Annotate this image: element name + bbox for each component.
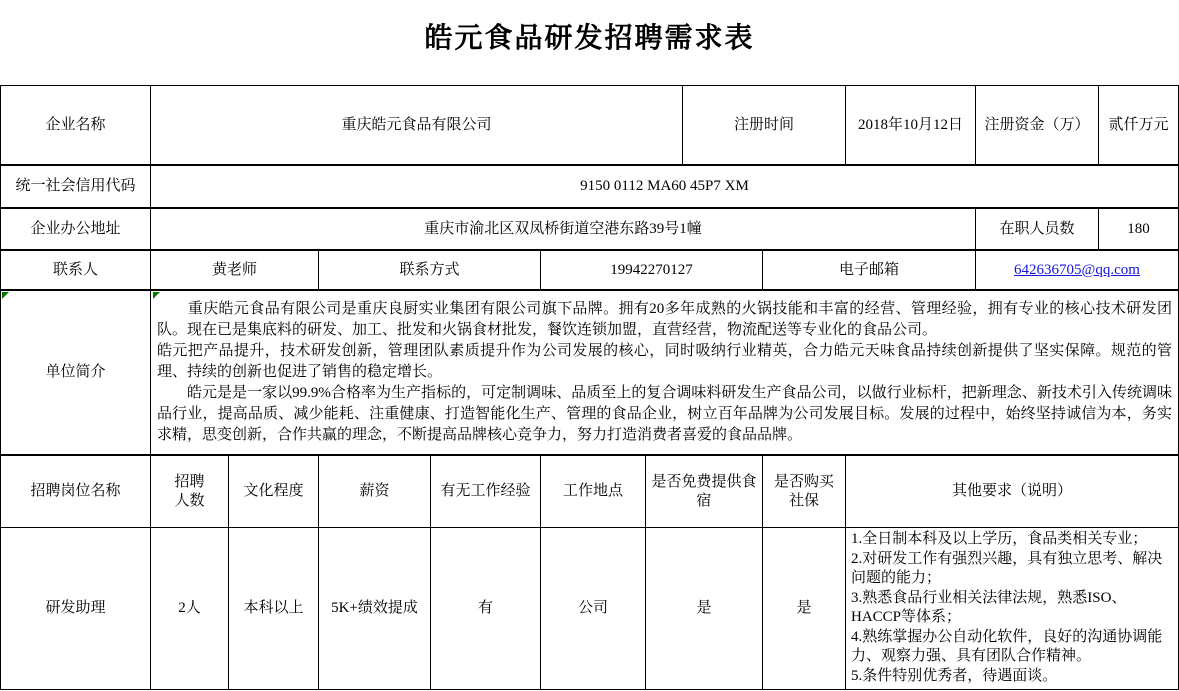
contact-name-label: 联系人 (1, 251, 151, 289)
reg-time-label: 注册时间 (683, 86, 846, 164)
header-position-name: 招聘岗位名称 (1, 456, 151, 527)
company-profile-label: 单位简介 (1, 291, 151, 454)
table-row-position: 研发助理 2人 本科以上 5K+绩效提成 有 公司 是 是 1.全日制本科及以上… (1, 528, 1178, 689)
row-address: 企业办公地址 重庆市渝北区双凤桥街道空港东路39号1幢 在职人员数 180 (1, 209, 1178, 251)
header-experience: 有无工作经验 (431, 456, 541, 527)
header-salary: 薪资 (319, 456, 431, 527)
headcount-cell: 2人 (151, 528, 229, 689)
row-position-headers: 招聘岗位名称 招聘人数 文化程度 薪资 有无工作经验 工作地点 是否免费提供食宿… (1, 456, 1178, 528)
header-social-insurance: 是否购买社保 (763, 456, 846, 527)
reg-time-value: 2018年10月12日 (846, 86, 976, 164)
office-address-value: 重庆市渝北区双凤桥街道空港东路39号1幢 (151, 209, 976, 249)
row-credit-code: 统一社会信用代码 9150 0112 MA60 45P7 XM (1, 166, 1178, 209)
reg-capital-label: 注册资金（万） (976, 86, 1099, 164)
company-profile-cell: 重庆皓元食品有限公司是重庆良厨实业集团有限公司旗下品牌。拥有20多年成熟的火锅技… (151, 291, 1178, 454)
error-indicator-icon (153, 292, 160, 299)
company-profile-text: 重庆皓元食品有限公司是重庆良厨实业集团有限公司旗下品牌。拥有20多年成熟的火锅技… (157, 299, 1172, 446)
row-company: 企业名称 重庆皓元食品有限公司 注册时间 2018年10月12日 注册资金（万）… (1, 86, 1178, 166)
social-insurance-cell: 是 (763, 528, 846, 689)
header-headcount: 招聘人数 (151, 456, 229, 527)
salary-cell: 5K+绩效提成 (319, 528, 431, 689)
phone-value: 19942270127 (541, 251, 763, 289)
other-requirements-text: 1.全日制本科及以上学历，食品类相关专业； 2.对研发工作有强烈兴趣，具有独立思… (851, 530, 1173, 686)
office-address-label: 企业办公地址 (1, 209, 151, 249)
company-name-value: 重庆皓元食品有限公司 (151, 86, 683, 164)
credit-code-value: 9150 0112 MA60 45P7 XM (151, 166, 1178, 207)
staff-count-label: 在职人员数 (976, 209, 1099, 249)
email-label: 电子邮箱 (763, 251, 976, 289)
staff-count-value: 180 (1099, 209, 1178, 249)
credit-code-label: 统一社会信用代码 (1, 166, 151, 207)
row-profile: 单位简介 重庆皓元食品有限公司是重庆良厨实业集团有限公司旗下品牌。拥有20多年成… (1, 291, 1178, 456)
row-contact: 联系人 黄老师 联系方式 19942270127 电子邮箱 642636705@… (1, 251, 1178, 291)
header-work-location: 工作地点 (541, 456, 646, 527)
work-location-cell: 公司 (541, 528, 646, 689)
header-other-requirements: 其他要求（说明） (846, 456, 1178, 527)
company-name-label: 企业名称 (1, 86, 151, 164)
other-requirements-cell: 1.全日制本科及以上学历，食品类相关专业； 2.对研发工作有强烈兴趣，具有独立思… (846, 528, 1178, 689)
position-name-cell: 研发助理 (1, 528, 151, 689)
experience-cell: 有 (431, 528, 541, 689)
header-headcount-label: 招聘人数 (174, 473, 206, 511)
phone-label: 联系方式 (319, 251, 541, 289)
reg-capital-value: 贰仟万元 (1099, 86, 1178, 164)
education-cell: 本科以上 (229, 528, 319, 689)
header-education: 文化程度 (229, 456, 319, 527)
header-social-insurance-label: 是否购买社保 (773, 473, 836, 511)
error-indicator-icon (2, 292, 9, 299)
recruitment-form: 皓元食品研发招聘需求表 企业名称 重庆皓元食品有限公司 注册时间 2018年10… (0, 0, 1179, 691)
free-board-cell: 是 (646, 528, 763, 689)
form-table: 企业名称 重庆皓元食品有限公司 注册时间 2018年10月12日 注册资金（万）… (0, 85, 1179, 690)
header-free-board: 是否免费提供食宿 (646, 456, 763, 527)
page-title: 皓元食品研发招聘需求表 (0, 0, 1179, 85)
contact-name-value: 黄老师 (151, 251, 319, 289)
email-link[interactable]: 642636705@qq.com (1014, 261, 1140, 280)
